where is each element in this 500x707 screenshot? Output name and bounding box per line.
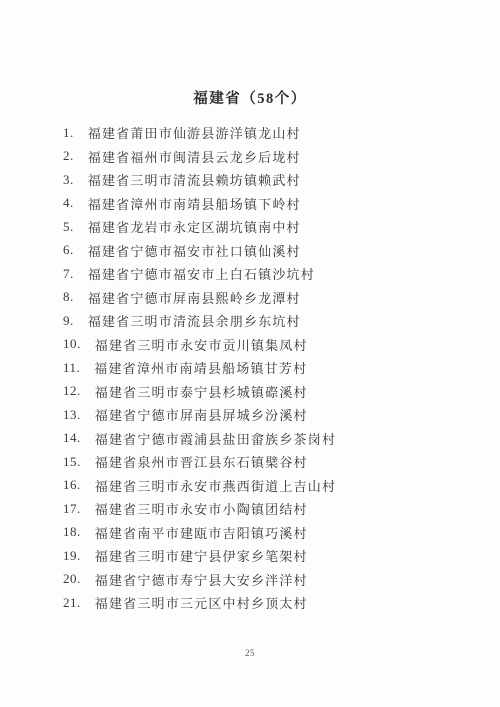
list-item: 10.福建省三明市永安市贡川镇集凤村: [63, 333, 470, 357]
item-text: 福建省宁德市寿宁县大安乡泮洋村: [95, 570, 308, 589]
item-text: 福建省三明市建宁县伊家乡笔架村: [95, 546, 308, 565]
page-title: 福建省（58个）: [0, 87, 500, 108]
document-page: 福建省（58个） 1.福建省莆田市仙游县游洋镇龙山村2.福建省福州市闽清县云龙乡…: [0, 0, 500, 707]
item-text: 福建省龙岩市永定区湖坑镇南中村: [88, 217, 301, 236]
list-item: 12.福建省三明市泰宁县杉城镇磜溪村: [63, 380, 470, 404]
list-item: 18.福建省南平市建瓯市吉阳镇巧溪村: [63, 521, 470, 545]
item-number: 5.: [63, 219, 74, 235]
list-item: 8.福建省宁德市屏南县熙岭乡龙潭村: [63, 286, 470, 310]
item-number: 1.: [63, 125, 74, 141]
list-item: 2.福建省福州市闽清县云龙乡后垅村: [63, 145, 470, 169]
item-text: 福建省宁德市福安市社口镇仙溪村: [88, 241, 301, 260]
item-text: 福建省三明市三元区中村乡顶太村: [95, 593, 308, 612]
list-item: 19.福建省三明市建宁县伊家乡笔架村: [63, 544, 470, 568]
item-number: 16.: [63, 477, 81, 493]
list-item: 5.福建省龙岩市永定区湖坑镇南中村: [63, 215, 470, 239]
item-number: 17.: [63, 501, 81, 517]
item-number: 6.: [63, 242, 74, 258]
item-number: 21.: [63, 595, 81, 611]
item-number: 2.: [63, 148, 74, 164]
list-item: 6.福建省宁德市福安市社口镇仙溪村: [63, 239, 470, 263]
item-text: 福建省漳州市南靖县船场镇下岭村: [88, 194, 301, 213]
item-number: 20.: [63, 571, 81, 587]
item-text: 福建省三明市泰宁县杉城镇磜溪村: [95, 382, 308, 401]
item-text: 福建省三明市清流县余朋乡东坑村: [88, 311, 301, 330]
item-number: 4.: [63, 195, 74, 211]
list-item: 14.福建省宁德市霞浦县盐田畲族乡茶岗村: [63, 427, 470, 451]
item-number: 8.: [63, 289, 74, 305]
list-item: 15.福建省泉州市晋江县东石镇檗谷村: [63, 450, 470, 474]
list-item: 4.福建省漳州市南靖县船场镇下岭村: [63, 192, 470, 216]
page-number: 25: [0, 648, 500, 658]
list-item: 20.福建省宁德市寿宁县大安乡泮洋村: [63, 568, 470, 592]
item-number: 11.: [63, 360, 80, 376]
item-number: 19.: [63, 548, 81, 564]
item-text: 福建省莆田市仙游县游洋镇龙山村: [88, 123, 301, 142]
item-text: 福建省三明市永安市贡川镇集凤村: [95, 335, 308, 354]
list-item: 17.福建省三明市永安市小陶镇团结村: [63, 497, 470, 521]
item-text: 福建省漳州市南靖县船场镇甘芳村: [94, 358, 307, 377]
list-item: 1.福建省莆田市仙游县游洋镇龙山村: [63, 121, 470, 145]
item-text: 福建省宁德市屏南县熙岭乡龙潭村: [88, 288, 301, 307]
item-text: 福建省宁德市霞浦县盐田畲族乡茶岗村: [95, 429, 336, 448]
item-text: 福建省福州市闽清县云龙乡后垅村: [88, 147, 301, 166]
item-number: 12.: [63, 383, 81, 399]
list-item: 9.福建省三明市清流县余朋乡东坑村: [63, 309, 470, 333]
list-item: 7.福建省宁德市福安市上白石镇沙坑村: [63, 262, 470, 286]
list-item: 3.福建省三明市清流县赖坊镇赖武村: [63, 168, 470, 192]
item-text: 福建省三明市永安市小陶镇团结村: [95, 499, 308, 518]
item-number: 10.: [63, 336, 81, 352]
item-text: 福建省三明市永安市燕西街道上吉山村: [95, 476, 336, 495]
village-list: 1.福建省莆田市仙游县游洋镇龙山村2.福建省福州市闽清县云龙乡后垅村3.福建省三…: [63, 121, 470, 615]
list-item: 11.福建省漳州市南靖县船场镇甘芳村: [63, 356, 470, 380]
item-text: 福建省泉州市晋江县东石镇檗谷村: [95, 452, 308, 471]
list-item: 13.福建省宁德市屏南县屏城乡汾溪村: [63, 403, 470, 427]
item-text: 福建省宁德市屏南县屏城乡汾溪村: [95, 405, 308, 424]
item-text: 福建省三明市清流县赖坊镇赖武村: [88, 170, 301, 189]
list-item: 16.福建省三明市永安市燕西街道上吉山村: [63, 474, 470, 498]
item-text: 福建省南平市建瓯市吉阳镇巧溪村: [95, 523, 308, 542]
item-number: 13.: [63, 407, 81, 423]
item-number: 9.: [63, 313, 74, 329]
item-number: 18.: [63, 524, 81, 540]
item-number: 3.: [63, 172, 74, 188]
item-text: 福建省宁德市福安市上白石镇沙坑村: [88, 264, 315, 283]
item-number: 15.: [63, 454, 81, 470]
list-item: 21.福建省三明市三元区中村乡顶太村: [63, 591, 470, 615]
item-number: 7.: [63, 266, 74, 282]
item-number: 14.: [63, 430, 81, 446]
